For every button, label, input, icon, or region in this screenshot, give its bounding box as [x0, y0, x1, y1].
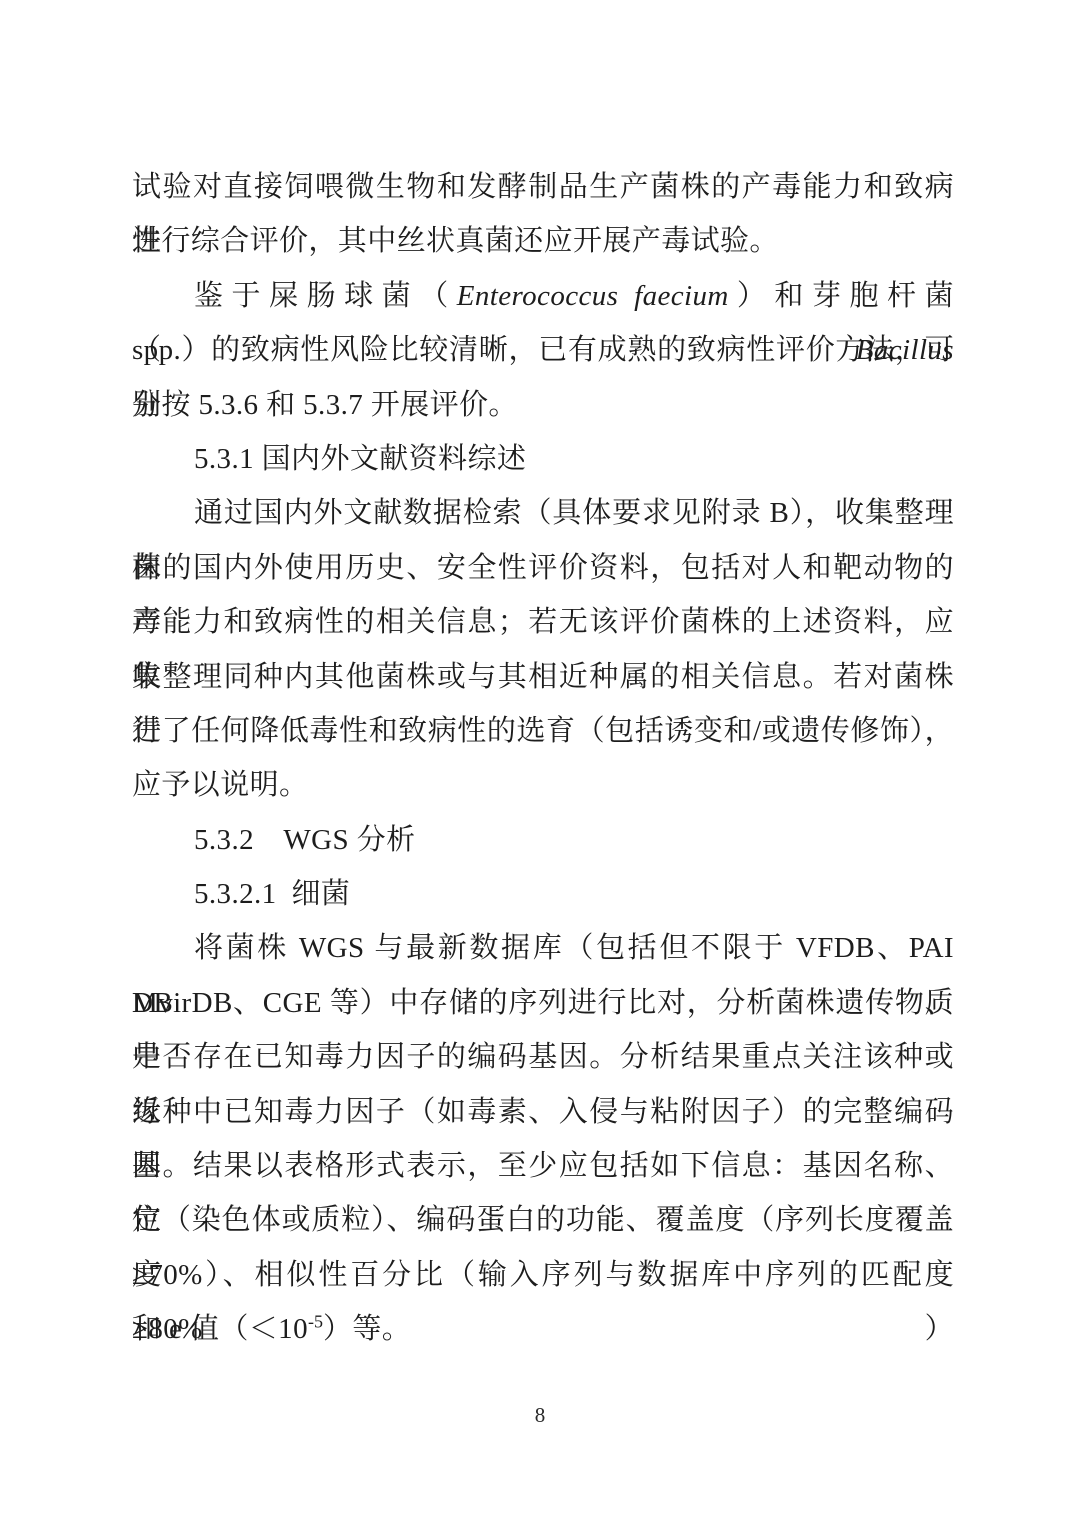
text-segment: 鉴于屎肠球菌（ — [194, 280, 457, 312]
document-page: 试验对直接饲喂微生物和发酵制品生产菌株的产毒能力和致病性进行综合评价，其中丝状真… — [0, 0, 1080, 1526]
text-segment: 行了任何降低毒性和致病性的选育（包括诱变和/或遗传修饰）， — [132, 715, 954, 747]
text-line: 试验对直接饲喂微生物和发酵制品生产菌株的产毒能力和致病性 — [132, 160, 954, 214]
text-line: MvirDB、CGE 等）中存储的序列进行比对，分析菌株遗传物质中 — [132, 976, 954, 1030]
text-segment: -5 — [308, 1312, 323, 1332]
text-segment: Enterococcus faecium — [457, 280, 729, 312]
text-line: 毒能力和致病性的相关信息；若无该评价菌株的上述资料，应收 — [132, 595, 954, 649]
text-line: 别按 5.3.6 和 5.3.7 开展评价。 — [132, 378, 954, 432]
text-segment: ）等。 — [323, 1313, 411, 1345]
text-line: 是否存在已知毒力因子的编码基因。分析结果重点关注该种或近 — [132, 1030, 954, 1084]
text-line: 5.3.2 WGS 分析 — [132, 813, 954, 867]
page-number: 8 — [535, 1403, 546, 1427]
text-line: 株的国内外使用历史、安全性评价资料，包括对人和靶动物的产 — [132, 541, 954, 595]
text-line: 缘种中已知毒力因子（如毒素、入侵与粘附因子）的完整编码基 — [132, 1085, 954, 1139]
text-line: 将菌株 WGS 与最新数据库（包括但不限于 VFDB、PAI DB、 — [132, 921, 954, 975]
text-line: 5.3.2.1 细菌 — [132, 867, 954, 921]
text-line: ≥70%）、相似性百分比（输入序列与数据库中序列的匹配度≥80%） — [132, 1248, 954, 1302]
text-segment: 进行综合评价，其中丝状真菌还应开展产毒试验。 — [132, 225, 779, 257]
text-line: 鉴于屎肠球菌（Enterococcus faecium）和芽胞杆菌（Bacill… — [132, 269, 954, 323]
text-line: 因。结果以表格形式表示，至少应包括如下信息：基因名称、定 — [132, 1139, 954, 1193]
text-segment: 别按 5.3.6 和 5.3.7 开展评价。 — [132, 389, 518, 421]
page-footer: 8 — [0, 1403, 1080, 1428]
text-line: 集整理同种内其他菌株或与其相近种属的相关信息。若对菌株进 — [132, 650, 954, 704]
text-line: spp.）的致病性风险比较清晰，已有成熟的致病性评价方法，可分 — [132, 323, 954, 377]
text-line: 位（染色体或质粒）、编码蛋白的功能、覆盖度（序列长度覆盖度 — [132, 1193, 954, 1247]
text-segment: 5.3.1 国内外文献资料综述 — [194, 443, 526, 475]
text-line: 进行综合评价，其中丝状真菌还应开展产毒试验。 — [132, 214, 954, 268]
text-line: 行了任何降低毒性和致病性的选育（包括诱变和/或遗传修饰）， — [132, 704, 954, 758]
text-segment: 应予以说明。 — [132, 769, 308, 801]
text-segment: 5.3.2.1 细菌 — [194, 878, 350, 910]
text-line: 5.3.1 国内外文献资料综述 — [132, 432, 954, 486]
text-line: 通过国内外文献数据检索（具体要求见附录 B），收集整理菌 — [132, 486, 954, 540]
text-segment: 5.3.2 WGS 分析 — [194, 824, 416, 856]
text-segment: 和 e 值（＜10 — [132, 1313, 308, 1345]
text-line: 应予以说明。 — [132, 758, 954, 812]
document-body: 试验对直接饲喂微生物和发酵制品生产菌株的产毒能力和致病性进行综合评价，其中丝状真… — [132, 160, 954, 1357]
